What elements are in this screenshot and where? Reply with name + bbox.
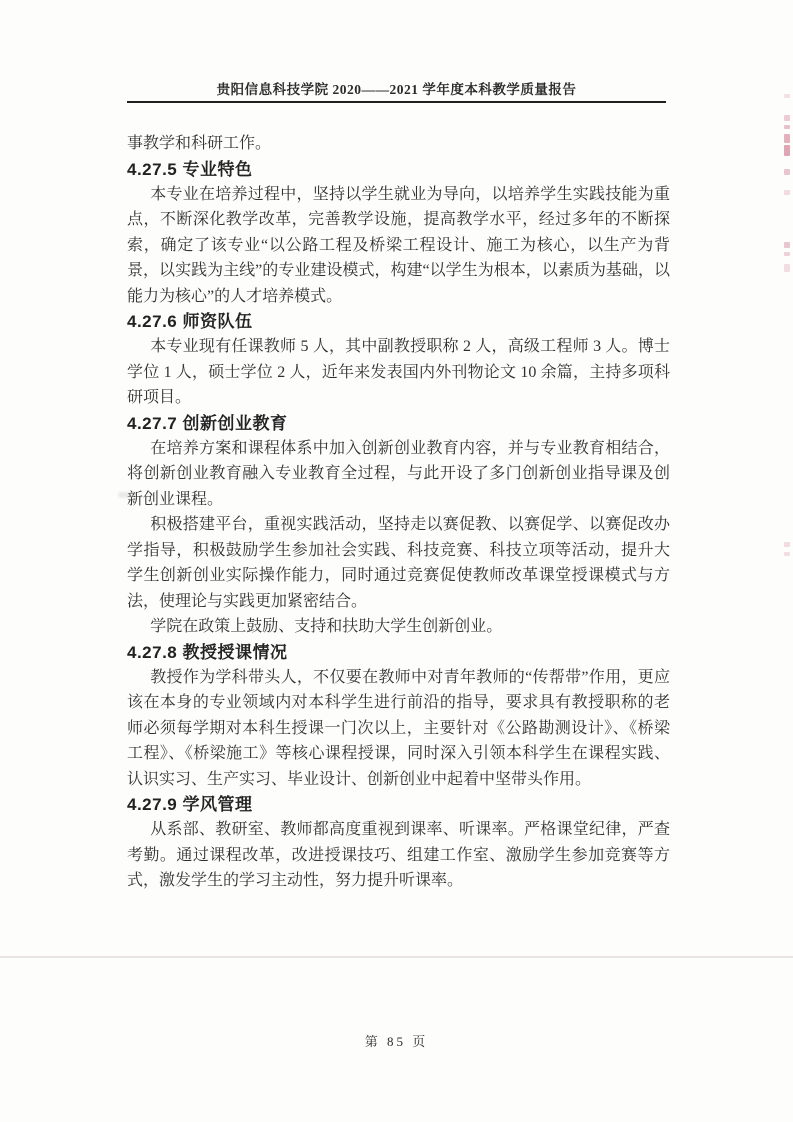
page-body: 事教学和科研工作。 4.27.5 专业特色 本专业在培养过程中，坚持以学生就业为…: [127, 131, 670, 894]
page-number: 第 85 页: [365, 1034, 429, 1049]
header-rule: [127, 101, 666, 103]
scan-edge-mark: [784, 115, 790, 121]
scan-edge-mark: [784, 242, 790, 248]
scan-edge-mark: [784, 145, 790, 156]
scan-edge-mark: [784, 134, 790, 143]
scan-edge-mark: [784, 542, 790, 547]
section-heading-4-27-9: 4.27.9 学风管理: [127, 792, 670, 817]
scan-edge-mark: [784, 190, 790, 195]
body-paragraph: 积极搭建平台，重视实践活动，坚持走以赛促教、以赛促学、以赛促改办学指导，积极鼓励…: [127, 512, 670, 614]
body-paragraph: 学院在政策上鼓励、支持和扶助大学生创新创业。: [127, 614, 670, 640]
scan-smudge: [118, 492, 134, 498]
document-page: 贵阳信息科技学院 2020——2021 学年度本科教学质量报告 事教学和科研工作…: [0, 0, 793, 1122]
running-head-title: 贵阳信息科技学院 2020——2021 学年度本科教学质量报告: [127, 82, 666, 98]
page-header: 贵阳信息科技学院 2020——2021 学年度本科教学质量报告: [127, 0, 666, 103]
scan-edge-mark: [784, 125, 790, 129]
scan-edge-mark: [784, 552, 790, 556]
body-paragraph: 本专业在培养过程中，坚持以学生就业为导向，以培养学生实践技能为重点，不断深化教学…: [127, 182, 670, 310]
section-heading-4-27-8: 4.27.8 教授授课情况: [127, 640, 670, 665]
carryover-paragraph: 事教学和科研工作。: [127, 131, 670, 157]
body-paragraph: 本专业现有任课教师 5 人，其中副教授职称 2 人，高级工程师 3 人。博士学位…: [127, 334, 670, 411]
scan-edge-mark: [784, 264, 790, 272]
scan-edge-mark: [784, 94, 790, 98]
section-heading-4-27-5: 4.27.5 专业特色: [127, 157, 670, 182]
page-footer: 第 85 页: [0, 1031, 793, 1051]
scan-edge-mark: [784, 252, 790, 256]
body-paragraph: 在培养方案和课程体系中加入创新创业教育内容，并与专业教育相结合，将创新创业教育融…: [127, 436, 670, 513]
scan-edge-mark: [784, 169, 790, 175]
body-paragraph: 教授作为学科带头人，不仅要在教师中对青年教师的“传帮带”作用，更应该在本身的专业…: [127, 665, 670, 793]
scan-streak: [0, 956, 793, 958]
section-heading-4-27-6: 4.27.6 师资队伍: [127, 309, 670, 334]
section-heading-4-27-7: 4.27.7 创新创业教育: [127, 411, 670, 436]
body-paragraph: 从系部、教研室、教师都高度重视到课率、听课率。严格课堂纪律，严查考勤。通过课程改…: [127, 817, 670, 894]
